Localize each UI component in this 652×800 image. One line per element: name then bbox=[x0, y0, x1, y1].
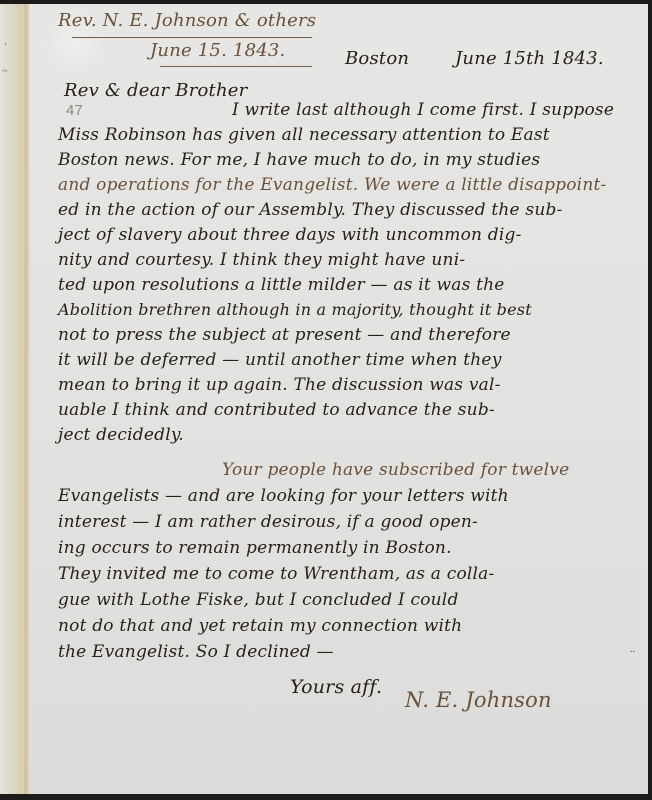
margin-mark: ' bbox=[4, 42, 6, 53]
body-line: Your people have subscribed for twelve bbox=[222, 460, 569, 480]
body-line: nity and courtesy. I think they might ha… bbox=[58, 250, 465, 270]
body-line: I write last although I come first. I su… bbox=[232, 100, 614, 120]
docket-line-1: Rev. N. E. Johnson & others bbox=[58, 10, 316, 31]
binding-edge bbox=[24, 4, 28, 794]
closing: Yours aff. bbox=[290, 676, 382, 698]
salutation: Rev & dear Brother bbox=[64, 80, 247, 101]
ink-dots: .. bbox=[630, 644, 635, 655]
body-line: uable I think and contributed to advance… bbox=[58, 400, 495, 420]
body-line: They invited me to come to Wrentham, as … bbox=[58, 564, 494, 584]
pencil-number: 47 bbox=[66, 102, 83, 119]
body-line: interest — I am rather desirous, if a go… bbox=[58, 512, 478, 532]
body-line: mean to bring it up again. The discussio… bbox=[58, 375, 501, 395]
body-line: Abolition brethren although in a majorit… bbox=[58, 300, 532, 319]
body-line: and operations for the Evangelist. We we… bbox=[58, 175, 606, 195]
docket-underline bbox=[160, 66, 312, 67]
body-line: ing occurs to remain permanently in Bost… bbox=[58, 538, 452, 558]
body-line: ed in the action of our Assembly. They d… bbox=[58, 200, 563, 220]
body-line: Miss Robinson has given all necessary at… bbox=[58, 125, 550, 145]
body-line: ject decidedly. bbox=[58, 425, 184, 445]
body-line: ted upon resolutions a little milder — a… bbox=[58, 275, 505, 295]
dateline-place: Boston bbox=[345, 48, 409, 69]
body-line: gue with Lothe Fiske, but I concluded I … bbox=[58, 590, 459, 610]
docket-underline bbox=[72, 37, 312, 38]
signature: N. E. Johnson bbox=[405, 688, 552, 712]
body-line: Boston news. For me, I have much to do, … bbox=[58, 150, 540, 170]
body-line: Evangelists — and are looking for your l… bbox=[58, 486, 509, 506]
body-line: it will be deferred — until another time… bbox=[58, 350, 502, 370]
body-line: not to press the subject at present — an… bbox=[58, 325, 511, 345]
docket-line-2: June 15. 1843. bbox=[150, 40, 285, 61]
body-line: not do that and yet retain my connection… bbox=[58, 616, 462, 636]
body-line: ject of slavery about three days with un… bbox=[58, 225, 522, 245]
letter-page: ' ~ Rev. N. E. Johnson & others June 15.… bbox=[0, 4, 648, 794]
margin-mark: ~ bbox=[2, 66, 7, 77]
body-line: the Evangelist. So I declined — bbox=[58, 642, 334, 662]
dateline-date: June 15th 1843. bbox=[455, 48, 604, 69]
